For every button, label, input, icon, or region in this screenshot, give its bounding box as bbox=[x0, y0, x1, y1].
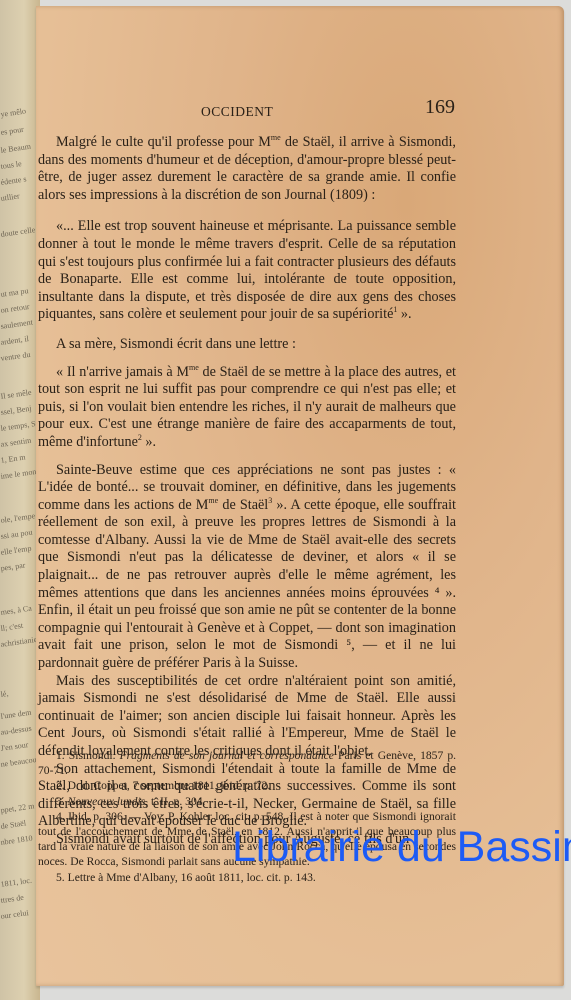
left-page-fragment: édente s bbox=[0, 174, 27, 187]
left-page-fragment: le temps, Si bbox=[0, 419, 38, 433]
left-page-fragment: achristianie bbox=[0, 635, 38, 649]
left-page-fragment: ssi au pou bbox=[0, 528, 33, 541]
page-number: 169 bbox=[425, 96, 455, 119]
left-page-fragment: elle l'emp bbox=[0, 544, 32, 557]
seller-watermark: Librairie du Bassin bbox=[232, 826, 571, 869]
left-page-fragment: 1811, loc. bbox=[0, 876, 32, 889]
adjacent-left-page: ye mêlo es pour le Beaum tous le édente … bbox=[0, 0, 40, 1000]
left-page-fragment: le Beaum bbox=[0, 142, 31, 155]
left-page-fragment: ut ma pu bbox=[0, 286, 29, 299]
left-page-fragment: ole, l'empe bbox=[0, 511, 36, 525]
left-page-fragment: mes, à Ca bbox=[0, 604, 32, 617]
left-page-fragment: ax sentim bbox=[0, 436, 32, 449]
left-page-fragment: ttres de bbox=[0, 893, 24, 905]
paragraph: Sainte-Beuve estime que ces appréciation… bbox=[38, 462, 456, 673]
left-page-fragment: J'en sour bbox=[0, 740, 29, 753]
left-page-fragment: ne beaucou bbox=[0, 755, 37, 769]
left-page-fragment: au-dessus bbox=[0, 724, 32, 737]
footnote: 5. Lettre à Mme d'Albany, 16 août 1811, … bbox=[38, 870, 456, 885]
body-text: Malgré le culte qu'il professe pour Mme … bbox=[38, 134, 456, 849]
left-page-fragment: es pour bbox=[0, 125, 24, 137]
left-page-fragment: ll; c'est bbox=[0, 621, 24, 633]
left-page-fragment: tous le bbox=[0, 159, 22, 171]
left-page-fragment: doute celle bbox=[0, 225, 36, 239]
paragraph: Malgré le culte qu'il professe pour Mme … bbox=[38, 134, 456, 204]
left-page-fragment: ye mêlo bbox=[0, 106, 27, 118]
journal-quote: «... Elle est trop souvent haineuse et m… bbox=[38, 218, 456, 324]
running-head: OCCIDENT bbox=[201, 104, 273, 120]
left-page-fragment: lé, bbox=[0, 689, 9, 699]
left-page-fragment: ventre du bbox=[0, 350, 31, 363]
left-page-fragment: saulement bbox=[0, 317, 33, 330]
left-page-fragment: ppet, 22 m bbox=[0, 801, 35, 815]
left-page-fragment: de Staël bbox=[0, 818, 27, 830]
left-page-fragment: 1, En m bbox=[0, 453, 26, 465]
left-page-fragment: nbre 1810 bbox=[0, 834, 33, 847]
left-page-fragment: ssel, Benj bbox=[0, 404, 32, 417]
left-page-fragment: utllier bbox=[0, 191, 20, 203]
letter-quote: « Il n'arrive jamais à Mme de Staël de s… bbox=[38, 364, 456, 452]
left-page-fragment: ardent, il bbox=[0, 334, 29, 347]
footnote: 1. Sismondi. Fragments de son journal et… bbox=[38, 748, 456, 778]
left-page-fragment: l'une dem bbox=[0, 708, 32, 721]
left-page-fragment: Il se mêle bbox=[0, 388, 32, 401]
left-page-fragment: on retour bbox=[0, 302, 30, 315]
paragraph: A sa mère, Sismondi écrit dans une lettr… bbox=[38, 336, 456, 354]
left-page-fragment: ime le mon bbox=[0, 467, 37, 481]
left-page-fragment: our celui bbox=[0, 908, 29, 921]
footnote: 3. Nouveaux lundis, t. II, p. 304. bbox=[38, 794, 456, 809]
footnote: 2. D. d. Coppet, 7 septembre 1811, ibid.… bbox=[38, 778, 456, 793]
left-page-fragment: pes, par bbox=[0, 561, 26, 573]
